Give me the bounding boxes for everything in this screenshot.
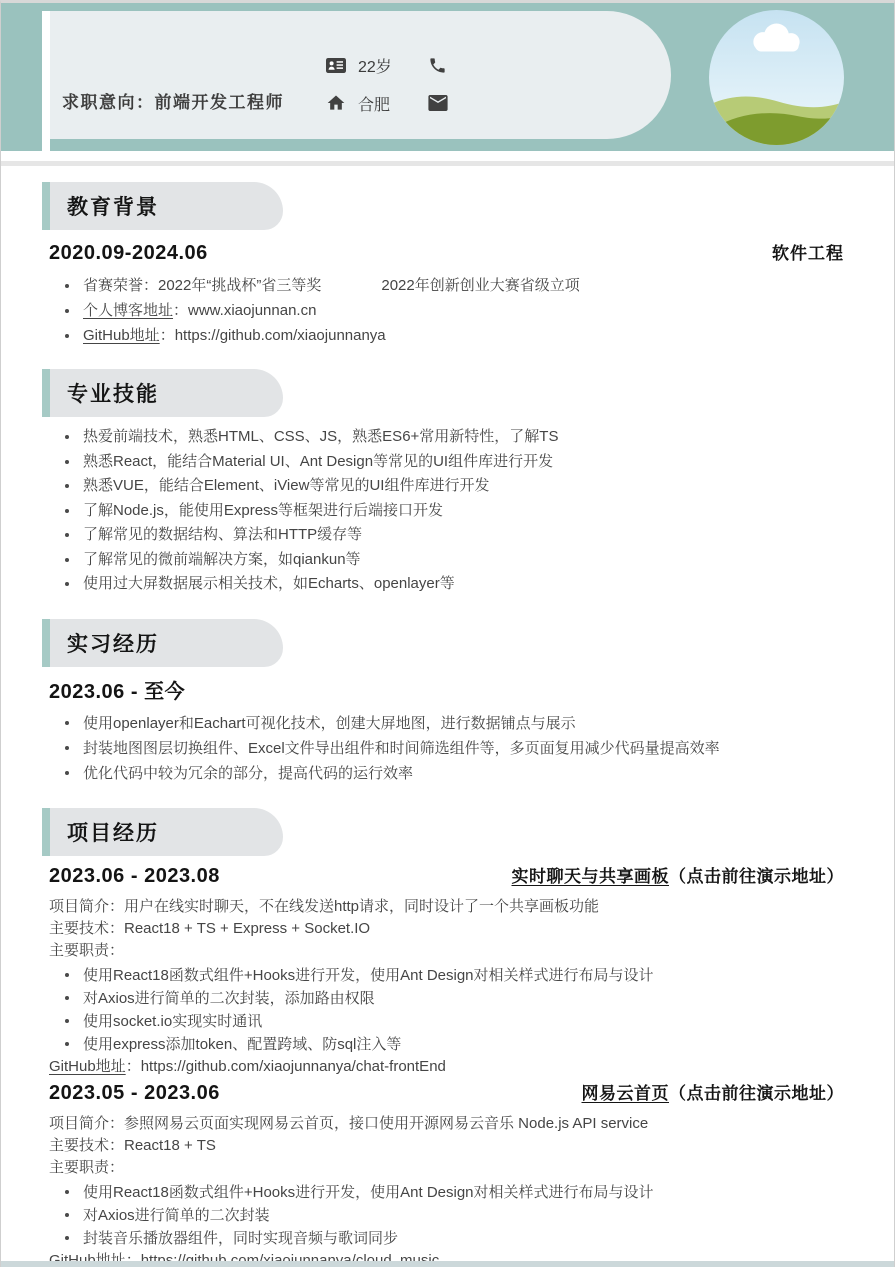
project2-period: 2023.05 - 2023.06 — [49, 1080, 220, 1106]
blog-link[interactable]: 个人博客地址 — [83, 302, 173, 319]
education-entry-row: 2020.09-2024.06 软件工程 — [49, 240, 844, 267]
project1-duty-list: 使用React18函数式组件+Hooks进行开发，使用Ant Design对相关… — [49, 964, 844, 1056]
project2-entry-row: 2023.05 - 2023.06 网易云首页（点击前往演示地址） — [49, 1080, 844, 1107]
section-title-pill: 教育背景 — [50, 182, 283, 230]
section-title-pill: 实习经历 — [50, 619, 283, 667]
skills-bullet: 了解常见的数据结构、算法和HTTP缓存等 — [49, 523, 844, 548]
section-accent-bar — [42, 182, 50, 230]
header-accent-bar — [42, 11, 50, 151]
internship-bullet: 使用openlayer和Eachart可视化技术，创建大屏地图，进行数据铺点与展… — [49, 711, 844, 736]
project2-duty-label: 主要职责： — [49, 1157, 844, 1179]
project1-duty: 对Axios进行简单的二次封装，添加路由权限 — [49, 987, 844, 1010]
resume-page: 求职意向：前端开发工程师 22岁 — [0, 0, 895, 1267]
education-bullet-honors: 省赛荣誉：2022年“挑战杯”省三等奖 2022年创新创业大赛省级立项 — [49, 273, 844, 298]
section-accent-bar — [42, 808, 50, 856]
section-header-education: 教育背景 — [42, 182, 283, 230]
project1-title: 实时聊天与共享画板（点击前往演示地址） — [512, 864, 845, 890]
section-title-skills: 专业技能 — [67, 378, 159, 408]
skills-bullet: 使用过大屏数据展示相关技术，如Echarts、openlayer等 — [49, 572, 844, 597]
section-skills: 专业技能 热爱前端技术，熟悉HTML、CSS、JS，熟悉ES6+常用新特性，了解… — [49, 369, 844, 597]
section-accent-bar — [42, 369, 50, 417]
education-major: 软件工程 — [772, 241, 844, 267]
section-internship: 实习经历 2023.06 - 至今 使用openlayer和Eachart可视化… — [49, 619, 844, 786]
internship-bullet-list: 使用openlayer和Eachart可视化技术，创建大屏地图，进行数据铺点与展… — [49, 711, 844, 786]
internship-entry-row: 2023.06 - 至今 — [49, 679, 844, 705]
project1-github-url: ：https://github.com/xiaojunnanya/chat-fr… — [126, 1058, 446, 1075]
skills-bullet: 熟悉VUE，能结合Element、iView等常见的UI组件库进行开发 — [49, 474, 844, 499]
blog-url: ：www.xiaojunnan.cn — [173, 302, 316, 319]
github-link[interactable]: GitHub地址 — [83, 327, 160, 344]
section-title-pill: 专业技能 — [50, 369, 283, 417]
job-intent-label: 求职意向：前端开发工程师 — [62, 88, 284, 113]
id-card-icon — [326, 58, 358, 73]
project2-duty: 对Axios进行简单的二次封装 — [49, 1204, 844, 1227]
section-title-projects: 项目经历 — [67, 817, 159, 847]
header-gap — [1, 151, 894, 161]
internship-bullet: 封装地图图层切换组件、Excel文件导出组件和时间筛选组件等，多页面复用减少代码… — [49, 736, 844, 761]
education-bullet-list: 省赛荣誉：2022年“挑战杯”省三等奖 2022年创新创业大赛省级立项 个人博客… — [49, 273, 844, 348]
mail-icon — [428, 95, 462, 111]
project2-duty: 封装音乐播放器组件，同时实现音频与歌词同步 — [49, 1227, 844, 1250]
project1-intro: 项目简介：用户在线实时聊天，不在线发送http请求，同时设计了一个共享画板功能 — [49, 896, 844, 918]
project1-duty: 使用React18函数式组件+Hooks进行开发，使用Ant Design对相关… — [49, 964, 844, 987]
skills-bullet: 熟悉React，能结合Material UI、Ant Design等常见的UI组… — [49, 450, 844, 475]
age-label: 22岁 — [358, 54, 428, 77]
project2-duty: 使用React18函数式组件+Hooks进行开发，使用Ant Design对相关… — [49, 1181, 844, 1204]
project2-duty-list: 使用React18函数式组件+Hooks进行开发，使用Ant Design对相关… — [49, 1181, 844, 1250]
section-title-education: 教育背景 — [67, 191, 159, 221]
city-label: 合肥 — [358, 92, 428, 115]
project1-github-row: GitHub地址：https://github.com/xiaojunnanya… — [49, 1056, 844, 1078]
page-bottom-edge — [1, 1261, 894, 1267]
project2-title-suffix: （点击前往演示地址） — [669, 1084, 844, 1103]
internship-bullet: 优化代码中较为冗余的部分，提高代码的运行效率 — [49, 761, 844, 786]
project1-github-link[interactable]: GitHub地址 — [49, 1058, 126, 1075]
skills-bullet: 热爱前端技术，熟悉HTML、CSS、JS，熟悉ES6+常用新特性，了解TS — [49, 425, 844, 450]
project1-demo-link[interactable]: 实时聊天与共享画板 — [512, 867, 670, 886]
header-pill: 求职意向：前端开发工程师 22岁 — [50, 11, 671, 139]
project1-title-suffix: （点击前往演示地址） — [669, 867, 844, 886]
avatar — [709, 10, 844, 145]
home-icon — [326, 93, 358, 113]
github-url: ：https://github.com/xiaojunnanya — [160, 327, 386, 344]
contact-info: 22岁 合肥 — [326, 46, 462, 122]
project1-duty: 使用socket.io实现实时通讯 — [49, 1010, 844, 1033]
section-projects: 项目经历 2023.06 - 2023.08 实时聊天与共享画板（点击前往演示地… — [49, 808, 844, 1267]
header-divider — [1, 161, 894, 166]
section-header-internship: 实习经历 — [42, 619, 283, 667]
project2-title: 网易云首页（点击前往演示地址） — [582, 1081, 845, 1107]
project1-period: 2023.06 - 2023.08 — [49, 863, 220, 889]
project2-demo-link[interactable]: 网易云首页 — [582, 1084, 670, 1103]
section-header-skills: 专业技能 — [42, 369, 283, 417]
internship-period: 2023.06 - 至今 — [49, 679, 185, 705]
project1-entry-row: 2023.06 - 2023.08 实时聊天与共享画板（点击前往演示地址） — [49, 863, 844, 890]
education-bullet-github: GitHub地址：https://github.com/xiaojunnanya — [49, 323, 844, 348]
section-header-projects: 项目经历 — [42, 808, 283, 856]
section-education: 教育背景 2020.09-2024.06 软件工程 省赛荣誉：2022年“挑战杯… — [49, 182, 844, 348]
project1-tech: 主要技术：React18 + TS + Express + Socket.IO — [49, 918, 844, 940]
skills-bullet: 了解常见的微前端解决方案，如qiankun等 — [49, 548, 844, 573]
phone-icon — [428, 56, 462, 75]
skills-bullet: 了解Node.js，能使用Express等框架进行后端接口开发 — [49, 499, 844, 524]
section-title-pill: 项目经历 — [50, 808, 283, 856]
education-bullet-blog: 个人博客地址：www.xiaojunnan.cn — [49, 298, 844, 323]
header: 求职意向：前端开发工程师 22岁 — [1, 3, 894, 151]
section-accent-bar — [42, 619, 50, 667]
project2-tech: 主要技术：React18 + TS — [49, 1135, 844, 1157]
education-period: 2020.09-2024.06 — [49, 240, 208, 266]
skills-bullet-list: 热爱前端技术，熟悉HTML、CSS、JS，熟悉ES6+常用新特性，了解TS 熟悉… — [49, 425, 844, 597]
project1-duty-label: 主要职责： — [49, 940, 844, 962]
project1-duty: 使用express添加token、配置跨域、防sql注入等 — [49, 1033, 844, 1056]
main-content: 教育背景 2020.09-2024.06 软件工程 省赛荣誉：2022年“挑战杯… — [1, 182, 894, 1267]
section-title-internship: 实习经历 — [67, 628, 159, 658]
project2-intro: 项目简介：参照网易云页面实现网易云首页，接口使用开源网易云音乐 Node.js … — [49, 1113, 844, 1135]
